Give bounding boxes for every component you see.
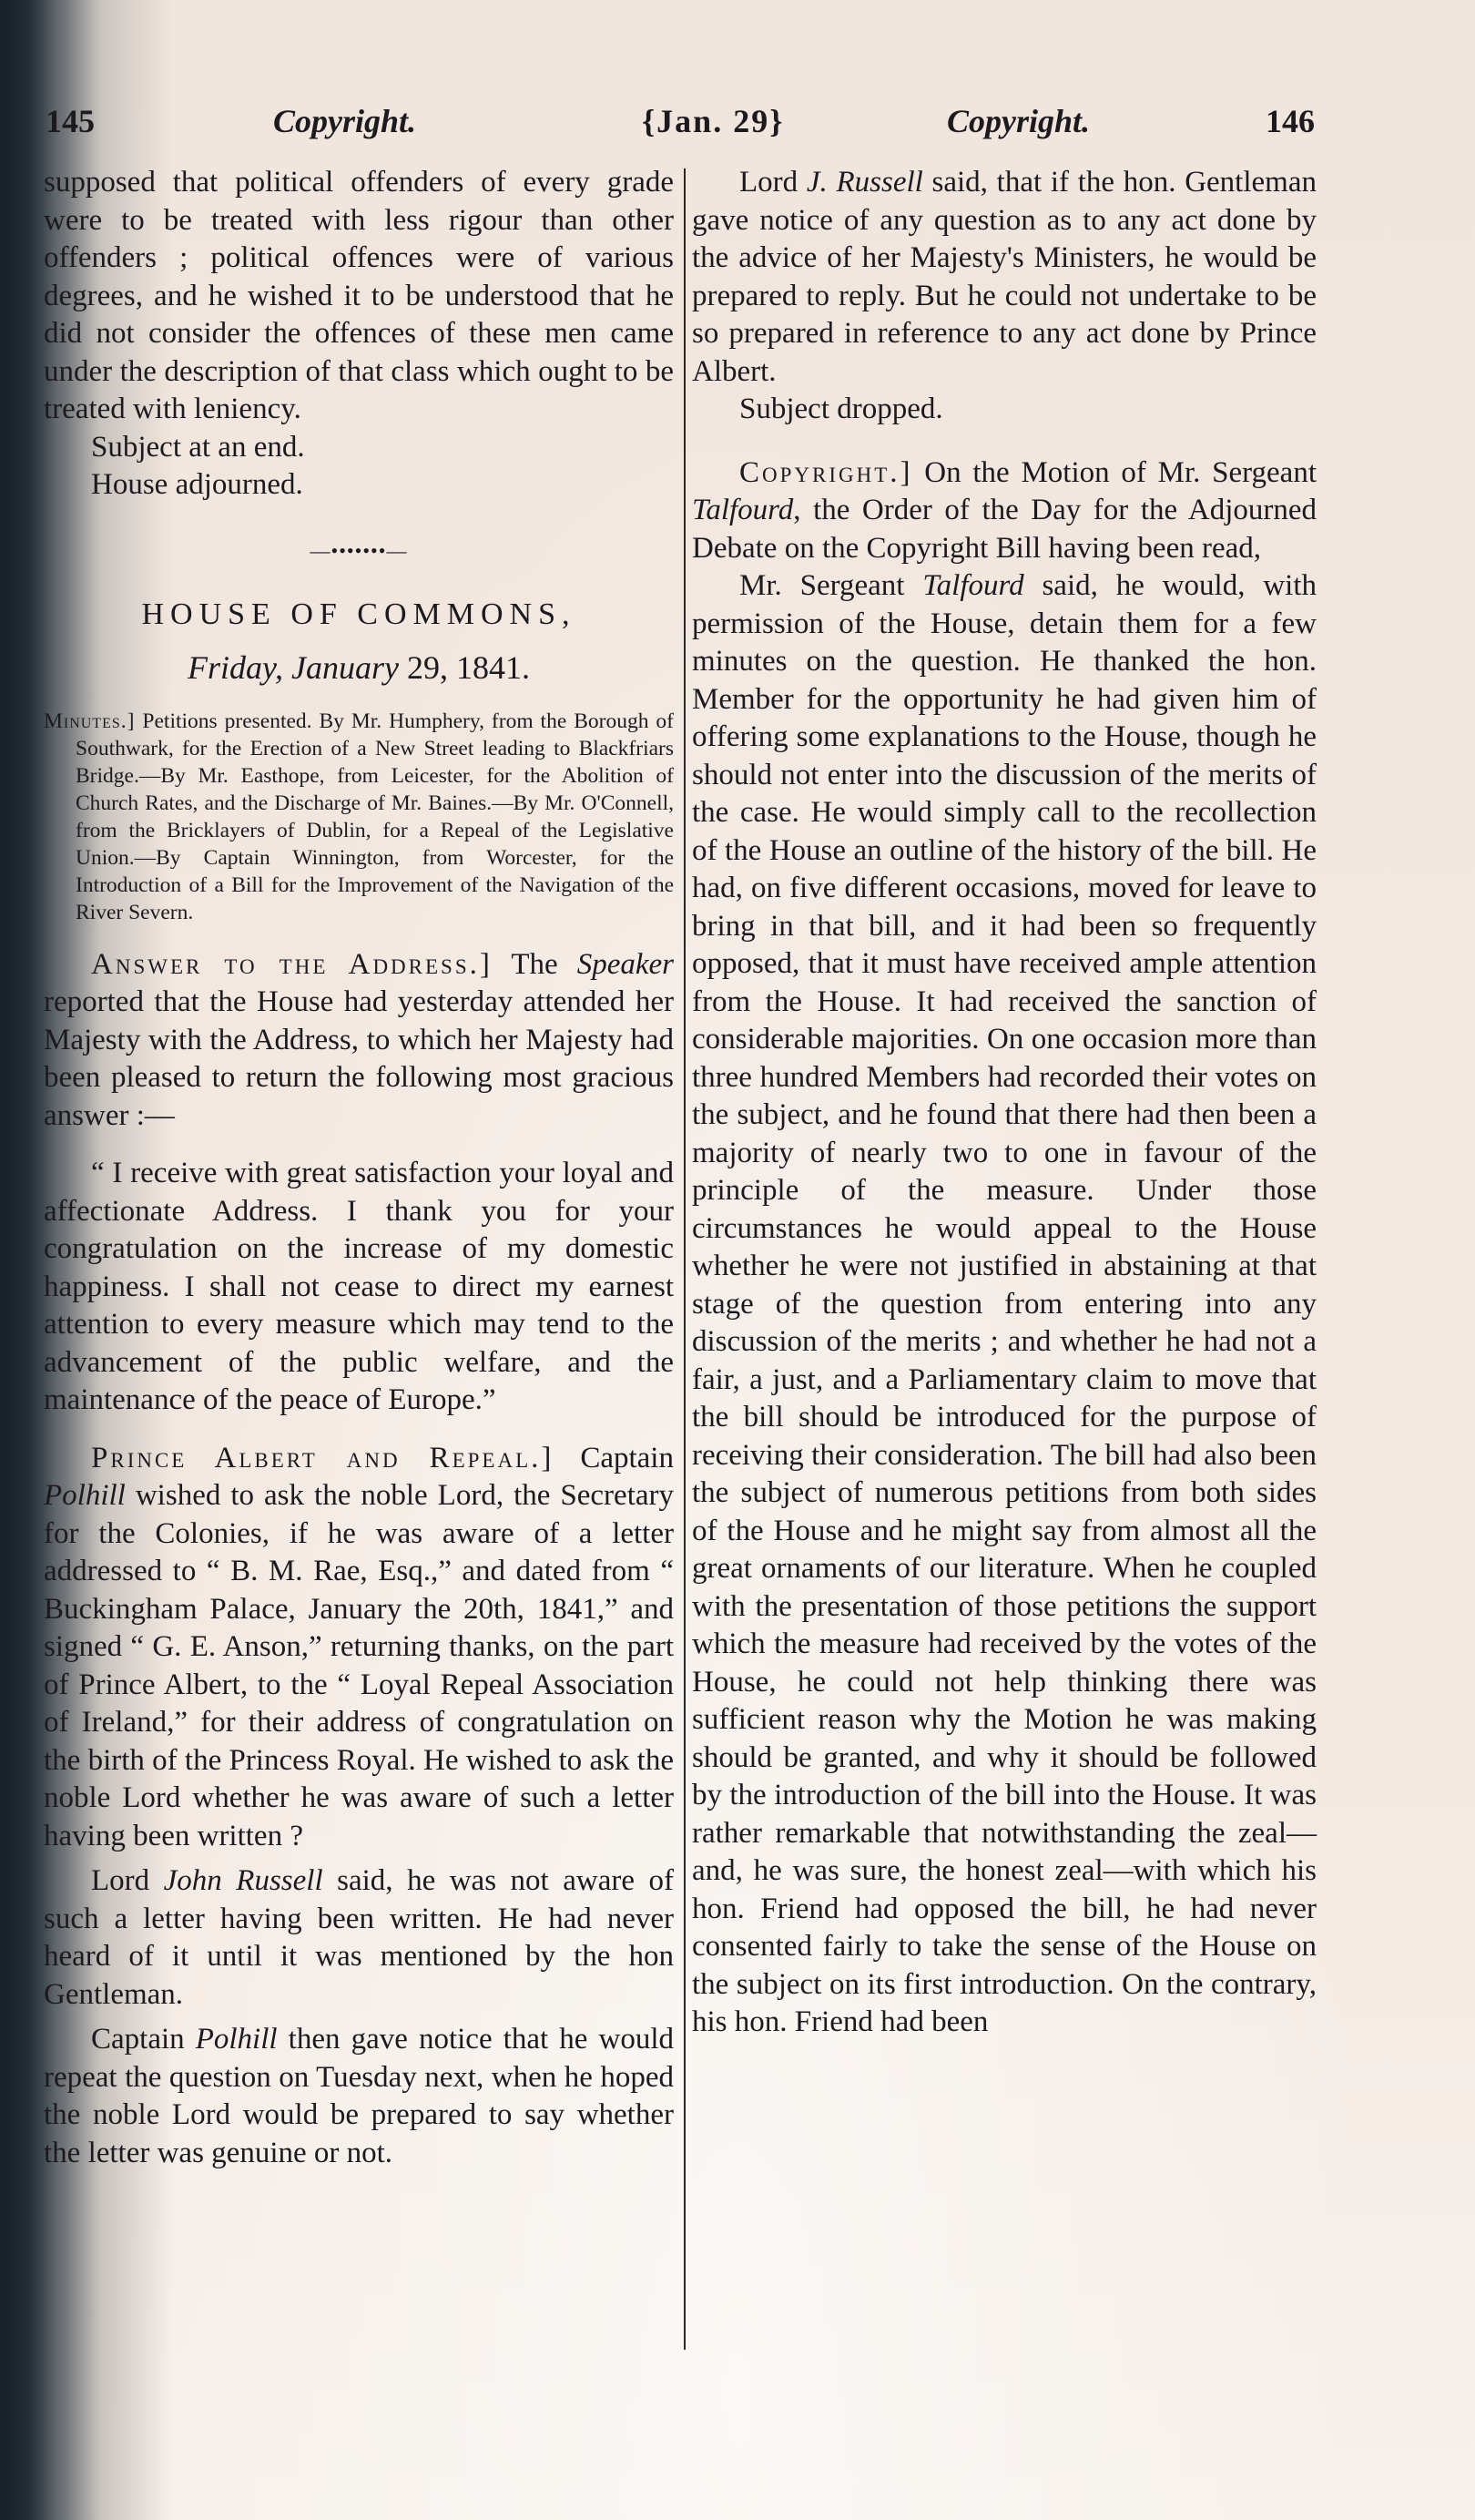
running-date: {Jan. 29} xyxy=(642,102,784,140)
section-date: Friday, January 29, 1841. xyxy=(44,649,674,688)
russell-name: John Russell xyxy=(164,1864,323,1897)
copyright-heading: Copyright.] xyxy=(739,456,913,489)
talfourd-speech-paragraph: Mr. Sergeant Talfourd said, he would, wi… xyxy=(692,567,1317,2042)
running-title-right: Copyright. xyxy=(947,102,1090,140)
answer-heading: Answer to the Address.] xyxy=(91,948,493,981)
russell-reply-paragraph: Lord John Russell said, he was not aware… xyxy=(44,1862,674,2014)
date-weekday-month: Friday, January xyxy=(188,649,399,686)
answer-address-paragraph: Answer to the Address.] The Speaker repo… xyxy=(44,946,674,1136)
left-column: supposed that political offenders of eve… xyxy=(44,164,674,2172)
section-title: HOUSE OF COMMONS, xyxy=(44,596,674,634)
column-divider xyxy=(684,168,686,2350)
russell-name: J. Russell xyxy=(807,166,923,199)
right-column: Lord J. Russell said, that if the hon. G… xyxy=(692,164,1317,2042)
page-number-right: 146 xyxy=(1266,102,1315,140)
minutes-paragraph: Minutes.] Petitions presented. By Mr. Hu… xyxy=(44,708,674,926)
prince-heading: Prince Albert and Repeal.] xyxy=(91,1442,554,1474)
polhill-name: Polhill xyxy=(196,2023,278,2056)
speaker-name: Speaker xyxy=(577,948,674,981)
paragraph-continued: supposed that political offenders of eve… xyxy=(44,164,674,429)
page-number-left: 145 xyxy=(46,102,95,140)
paragraph-subject-end: Subject at an end. xyxy=(44,429,674,467)
talfourd-name: Talfourd xyxy=(922,569,1023,602)
date-day-year: 29, 1841. xyxy=(399,649,530,686)
running-head: 145 Copyright. {Jan. 29} Copyright. 146 xyxy=(46,102,1320,148)
running-title-left: Copyright. xyxy=(273,102,416,140)
talfourd-name: Talfourd xyxy=(692,494,793,526)
minutes-label: Minutes.] xyxy=(44,709,135,733)
section-ornament: —•••••••— xyxy=(44,532,674,559)
queen-answer-quote: “ I receive with great satisfaction your… xyxy=(44,1155,674,1420)
minutes-text: Petitions presented. By Mr. Humphery, fr… xyxy=(76,709,674,924)
scanned-page: 145 Copyright. {Jan. 29} Copyright. 146 … xyxy=(0,0,1475,2520)
copyright-paragraph: Copyright.] On the Motion of Mr. Sergean… xyxy=(692,454,1317,568)
paragraph-house-adjourned: House adjourned. xyxy=(44,466,674,505)
prince-albert-paragraph: Prince Albert and Repeal.] Captain Polhi… xyxy=(44,1440,674,1856)
polhill-notice-paragraph: Captain Polhill then gave notice that he… xyxy=(44,2021,674,2172)
paragraph-subject-dropped: Subject dropped. xyxy=(692,391,1317,429)
polhill-name: Polhill xyxy=(44,1479,126,1512)
russell-response-paragraph: Lord J. Russell said, that if the hon. G… xyxy=(692,164,1317,391)
